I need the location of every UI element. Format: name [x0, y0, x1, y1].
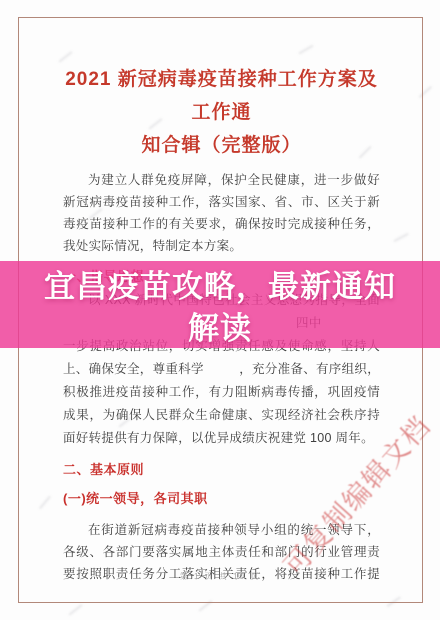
section-heading-basic-principles: 二、基本原则 [63, 459, 380, 481]
photo-speckle [69, 604, 88, 620]
paragraph-intro: 为建立人群免疫屏障，保护全民健康，进一步做好全处 新冠病毒疫苗接种工作，落实国家… [63, 169, 380, 257]
overlay-banner: 宜昌疫苗攻略，最新通知 解读 [0, 261, 440, 348]
overlay-headline-line2: 解读 [0, 308, 440, 350]
line-right-fragment: ，充分准备、有序组织， [239, 358, 380, 381]
paragraph-line: 毒疫苗接种工作的有关要求，确保按时完成接种任务，结合 [63, 213, 380, 235]
paragraph-line-obscured: 上、确保安全，尊重科学 ，充分准备、有序组织， [63, 358, 380, 381]
document-title: 2021 新冠病毒疫苗接种工作方案及工作通 知合辑（完整版） [63, 63, 380, 162]
paragraph-line: 成果，为确保人民群众生命健康、实现经济社会秩序持续全 [63, 404, 380, 427]
paragraph-line: 面好转提供有力保障，以优异成绩庆祝建党 100 周年。 [63, 427, 380, 450]
paragraph-line: 积极推进疫苗接种工作，有力阻断病毒传播，巩固疫情防控 [63, 381, 380, 404]
overlay-headline-line1: 宜昌疫苗攻略，最新通知 [0, 266, 440, 308]
overlay-headline: 宜昌疫苗攻略，最新通知 解读 [0, 266, 440, 350]
screenshot-root: 2021 新冠病毒疫苗接种工作方案及工作通 知合辑（完整版） 为建立人群免疫屏障… [0, 0, 440, 620]
paragraph-line: 我处实际情况，特制定本方案。 [63, 235, 380, 257]
document-title-line1: 2021 新冠病毒疫苗接种工作方案及工作通 [63, 63, 380, 129]
line-left-fragment: 上、确保安全，尊重科学 [63, 358, 204, 381]
paragraph-line: 为建立人群免疫屏障，保护全民健康，进一步做好全处 [63, 169, 380, 191]
document-title-line2: 知合辑（完整版） [63, 129, 380, 162]
page-footer: 第 1 页 共 10 页 [0, 571, 440, 582]
paragraph-line: 新冠病毒疫苗接种工作，落实国家、省、市、区关于新冠病 [63, 191, 380, 213]
